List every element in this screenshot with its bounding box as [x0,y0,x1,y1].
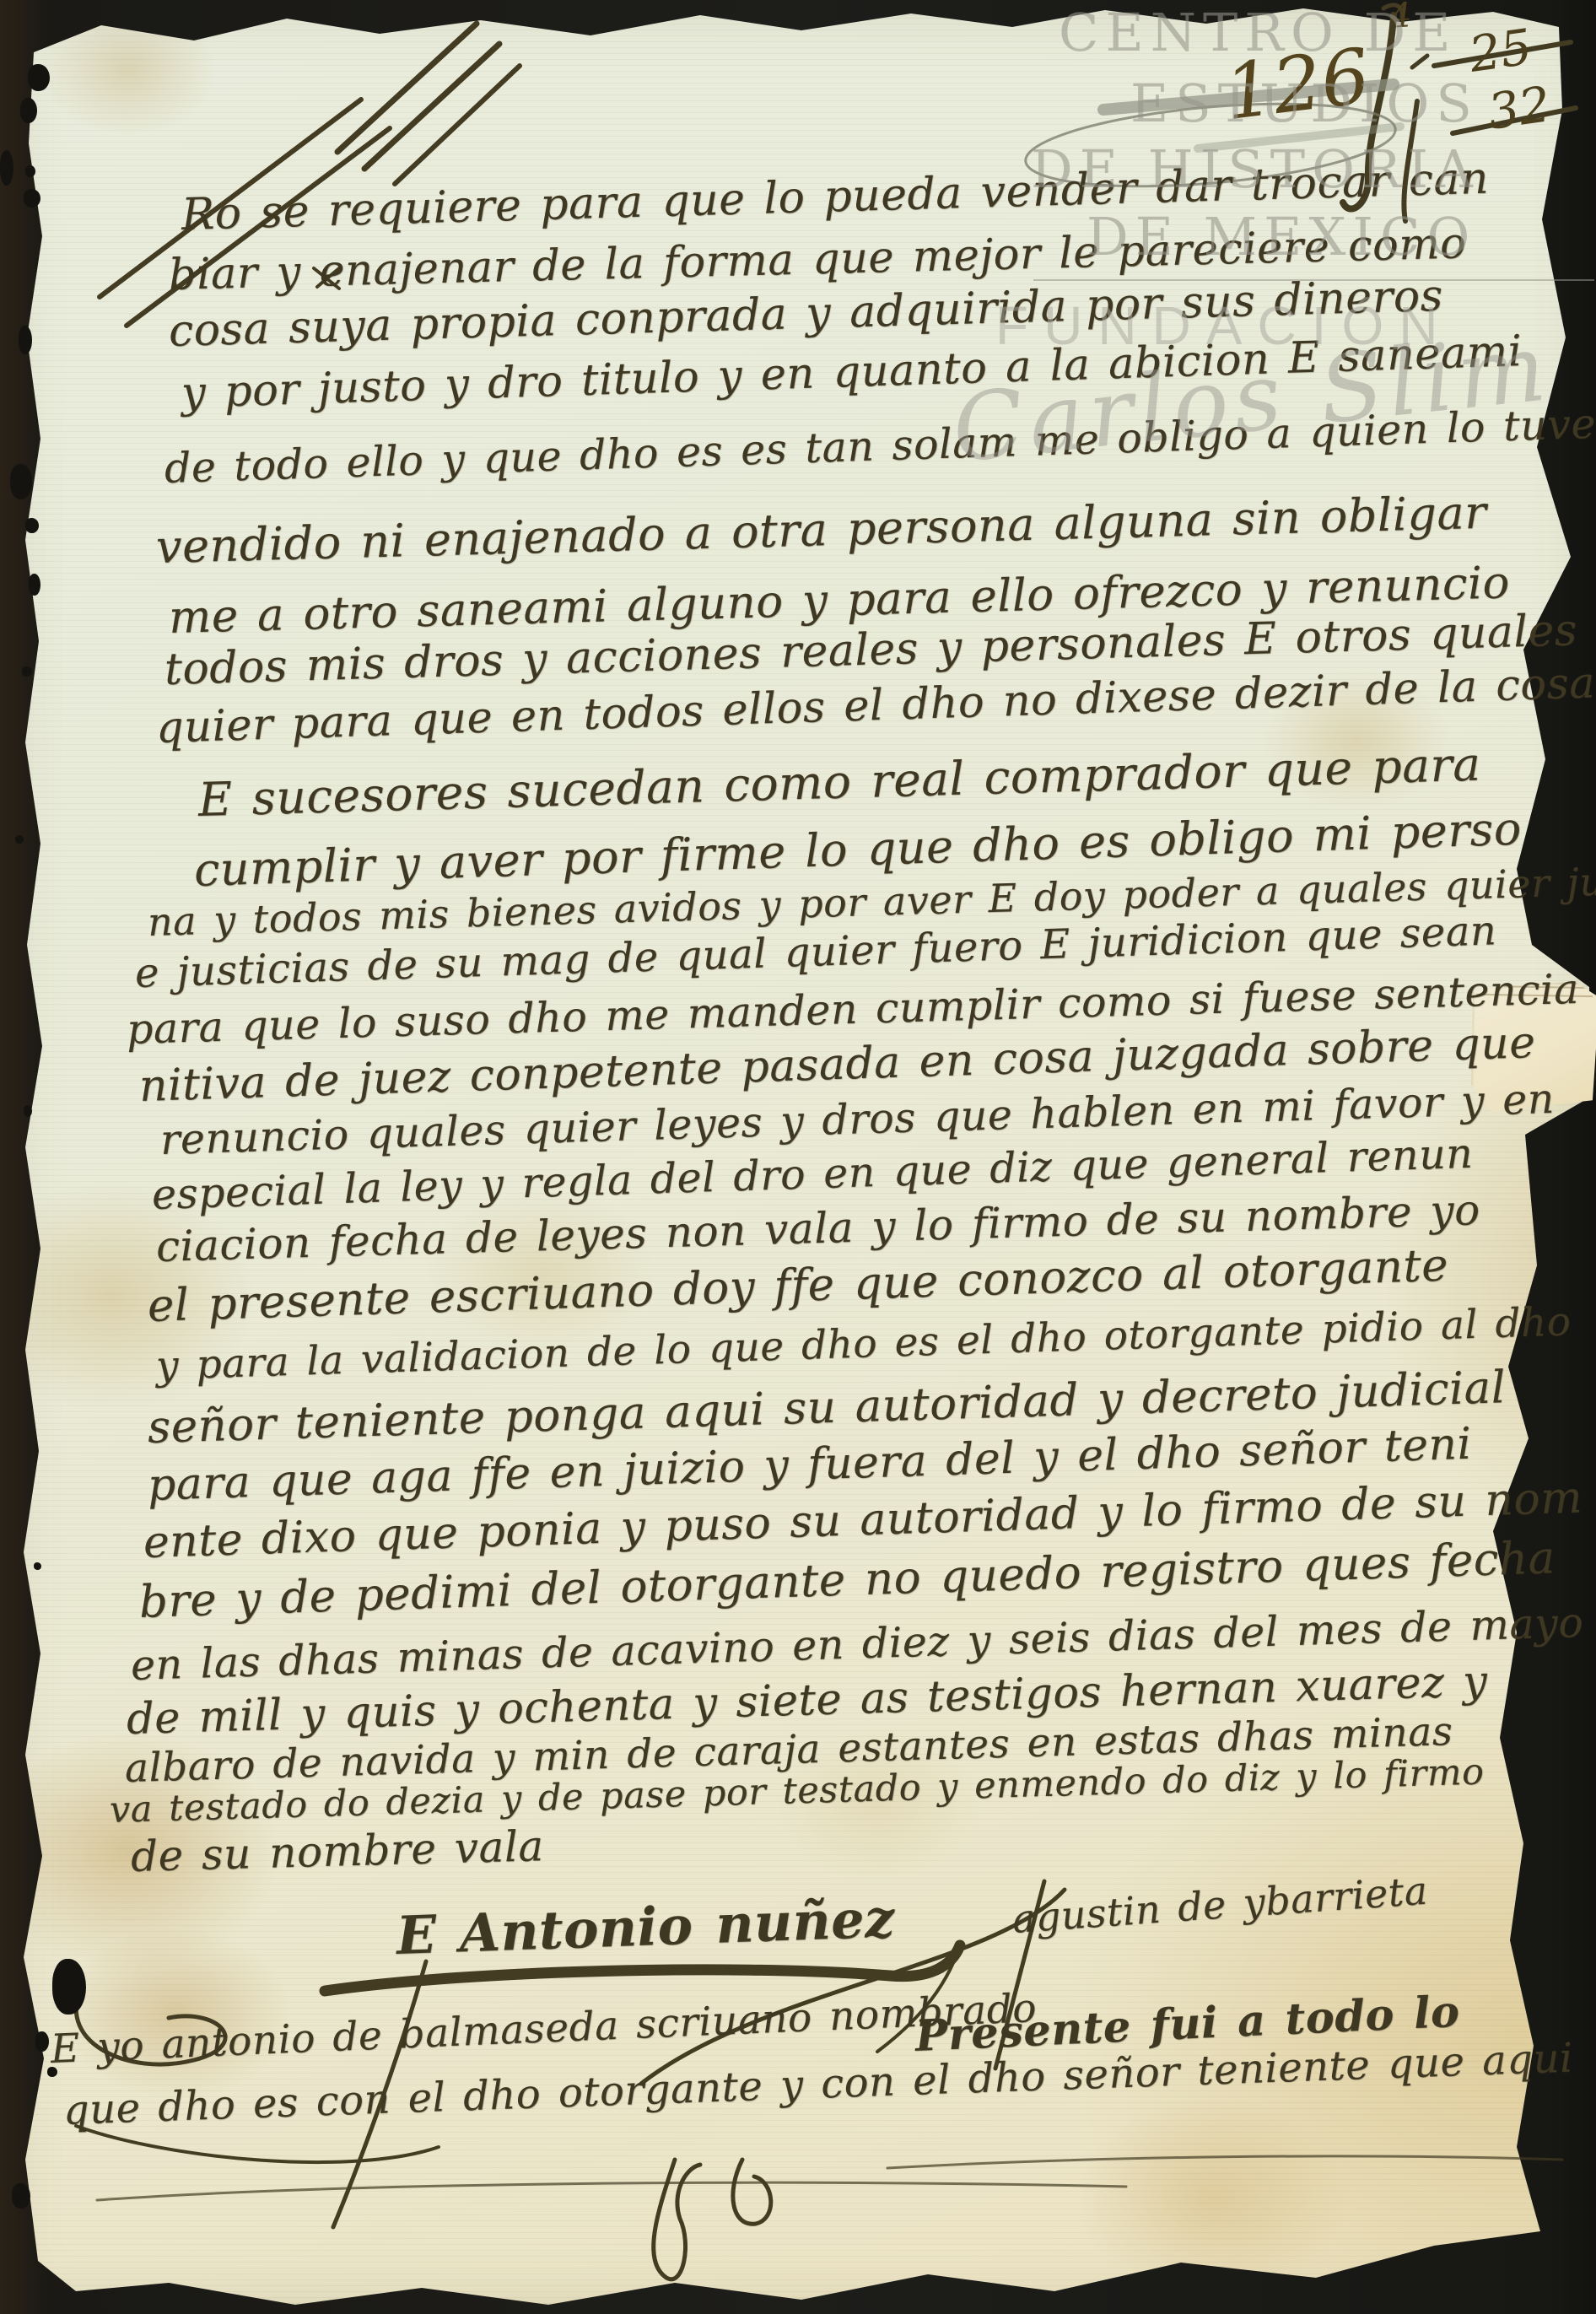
ink-blot [52,1959,86,2015]
binding-hole [28,64,50,91]
binding-hole [10,464,32,499]
crossed-number-25: 25 [1466,18,1536,84]
ink-blot [35,2031,49,2052]
binding-hole [25,518,39,533]
ink-blot [12,2183,30,2209]
wormhole [24,1105,32,1117]
binding-hole [25,165,35,177]
scanned-manuscript-page: { "watermark": { "lines": ["CENTRO DE", … [0,0,1596,2314]
small-numeral-mark: 4 [1388,0,1413,36]
crossed-number-32: 32 [1485,75,1555,141]
binding-hole [19,326,32,354]
binding-hole [29,574,40,596]
folio-number: 126 [1220,32,1374,138]
binding-hole [20,98,37,123]
ink-blot [47,2067,57,2077]
wormhole [22,666,32,677]
binding-hole [24,189,40,208]
wormhole [34,1562,41,1570]
wormhole [15,835,24,844]
binding-hole [0,150,13,186]
watermark-divider [1033,279,1594,281]
